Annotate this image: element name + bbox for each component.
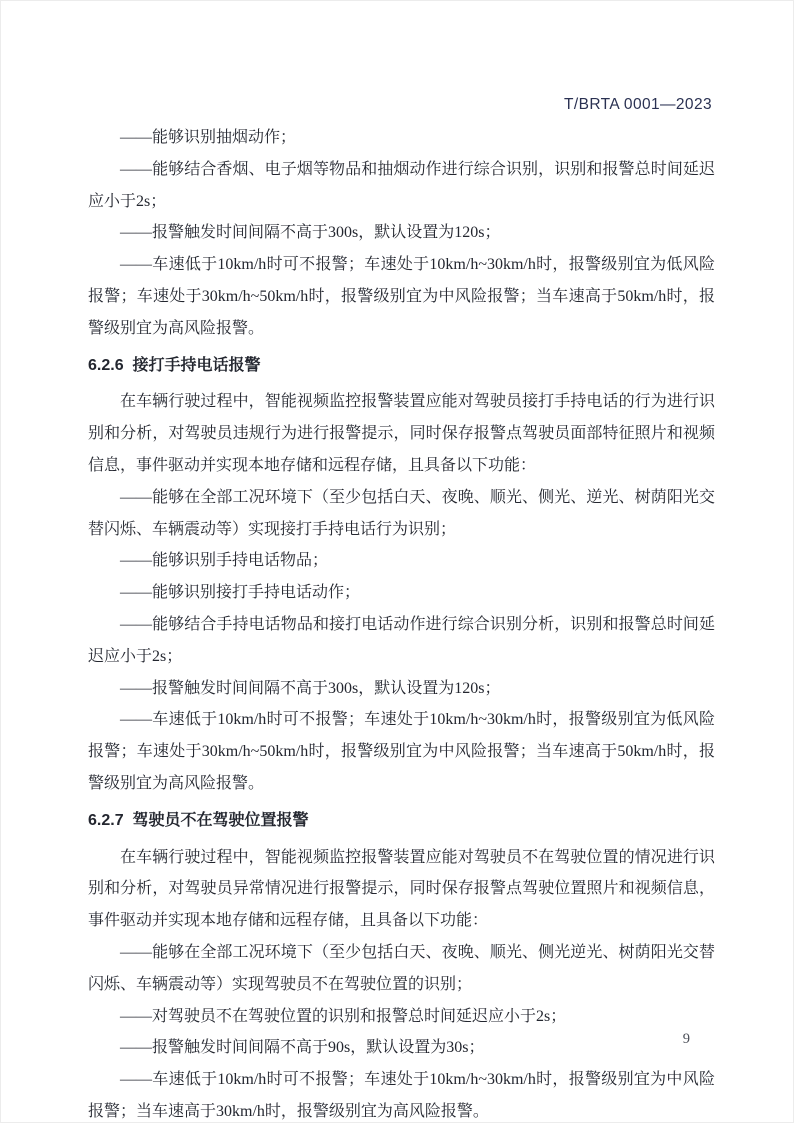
- page-number: 9: [683, 1031, 690, 1048]
- bullet-item: ——报警触发时间间隔不高于300s，默认设置为120s；: [88, 217, 715, 249]
- bullet-item: ——报警触发时间间隔不高于90s，默认设置为30s；: [88, 1032, 715, 1064]
- bullet-item: ——车速低于10km/h时可不报警；车速处于10km/h~30km/h时，报警级…: [88, 249, 715, 344]
- bullet-item: ——能够结合手持电话物品和接打电话动作进行综合识别分析，识别和报警总时间延迟应小…: [88, 609, 715, 673]
- bullet-item: ——报警触发时间间隔不高于300s，默认设置为120s；: [88, 673, 715, 705]
- doc-header-standard-number: T/BRTA 0001—2023: [564, 96, 712, 114]
- bullet-item: ——对驾驶员不在驾驶位置的识别和报警总时间延迟应小于2s；: [88, 1001, 715, 1033]
- bullet-item: ——能够结合香烟、电子烟等物品和抽烟动作进行综合识别，识别和报警总时间延迟应小于…: [88, 154, 715, 218]
- bullet-item: ——能够在全部工况环境下（至少包括白天、夜晚、顺光、侧光、逆光、树荫阳光交替闪烁…: [88, 482, 715, 546]
- bullet-item: ——车速低于10km/h时可不报警；车速处于10km/h~30km/h时，报警级…: [88, 1064, 715, 1123]
- document-body: ——能够识别抽烟动作；——能够结合香烟、电子烟等物品和抽烟动作进行综合识别，识别…: [88, 122, 715, 1123]
- bullet-item: ——能够识别抽烟动作；: [88, 122, 715, 154]
- section-heading: 6.2.6 接打手持电话报警: [88, 350, 715, 382]
- paragraph: 在车辆行驶过程中，智能视频监控报警装置应能对驾驶员接打手持电话的行为进行识别和分…: [88, 386, 715, 481]
- bullet-item: ——车速低于10km/h时可不报警；车速处于10km/h~30km/h时，报警级…: [88, 704, 715, 799]
- section-heading: 6.2.7 驾驶员不在驾驶位置报警: [88, 805, 715, 837]
- bullet-item: ——能够识别手持电话物品；: [88, 545, 715, 577]
- paragraph: 在车辆行驶过程中，智能视频监控报警装置应能对驾驶员不在驾驶位置的情况进行识别和分…: [88, 842, 715, 937]
- bullet-item: ——能够识别接打手持电话动作；: [88, 577, 715, 609]
- document-page: T/BRTA 0001—2023 ——能够识别抽烟动作；——能够结合香烟、电子烟…: [0, 0, 794, 1123]
- bullet-item: ——能够在全部工况环境下（至少包括白天、夜晚、顺光、侧光逆光、树荫阳光交替闪烁、…: [88, 937, 715, 1001]
